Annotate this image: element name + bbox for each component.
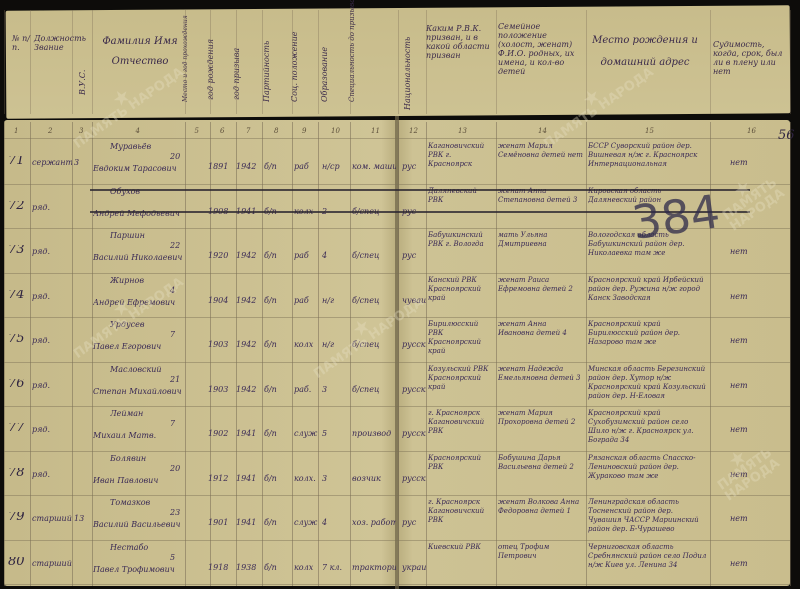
birth-year: 1903: [208, 340, 234, 350]
address: Рязанская область Спасско-Лениновский ра…: [588, 454, 708, 497]
code: 5: [170, 553, 184, 563]
nationality: русск: [402, 385, 426, 395]
draft-year: 1942: [236, 340, 262, 350]
rvk: г. Красноярск Кагановичский РВК: [428, 498, 494, 541]
draft-year: 1942: [236, 385, 262, 395]
given-name: Евдоким Тарасович: [93, 164, 185, 174]
column-number: 7: [246, 127, 250, 135]
conviction: нет: [730, 247, 770, 257]
grid-line: [4, 122, 5, 586]
rank: ряд.: [32, 247, 72, 257]
header-grid-line: [30, 10, 31, 114]
rank: ряд.: [32, 470, 72, 480]
draft-year: 1942: [236, 296, 262, 306]
nationality: рус: [402, 162, 426, 172]
party: б/п: [264, 162, 290, 172]
header-grid-line: [262, 10, 263, 114]
address: БССР Суворский район дер. Вишневая н/ж г…: [588, 142, 708, 185]
header-col-party: Партийность: [262, 22, 271, 102]
birth-year: 1891: [208, 162, 234, 172]
rvk: г. Красноярск Кагановичский РВК: [428, 409, 494, 452]
draft-year: 1941: [236, 429, 262, 439]
row-number: 79: [8, 512, 30, 522]
header-col-conviction: Судимость, когда, срок, был ли в плену и…: [713, 40, 785, 76]
row-number: 72: [8, 201, 30, 211]
nationality: русск: [402, 340, 426, 350]
rank: старший сержант: [32, 514, 72, 524]
column-number: 9: [302, 127, 306, 135]
conviction: нет: [730, 514, 770, 524]
rvk: Канский РВК Красноярский край: [428, 276, 494, 319]
given-name: Василий Николаевич: [93, 253, 185, 263]
social-status: служ: [294, 518, 318, 528]
header-grid-line: [92, 10, 93, 114]
address: Черниговская область Сребнянский район с…: [588, 543, 708, 586]
code: 20: [170, 464, 184, 474]
rank: ряд.: [32, 292, 72, 302]
draft-year: 1941: [236, 474, 262, 484]
family: женат Анна Ивановна детей 4: [498, 320, 584, 363]
page-number: 56: [778, 128, 795, 143]
grid-line: [426, 122, 427, 586]
nationality: русск: [402, 429, 426, 439]
birth-year: 1904: [208, 296, 234, 306]
education: 4: [322, 251, 348, 261]
birth-year: 1912: [208, 474, 234, 484]
vus: 3: [74, 158, 90, 168]
specialty: б/спец: [352, 385, 396, 395]
draft-year: 1942: [236, 251, 262, 261]
row-number: 75: [8, 334, 30, 344]
social-status: раб: [294, 296, 318, 306]
column-number: 5: [195, 127, 199, 135]
conviction: нет: [730, 559, 770, 569]
family: женат Мария Семёновна детей нет: [498, 142, 584, 185]
draft-year: 1938: [236, 563, 262, 573]
given-name: Павел Егорович: [93, 342, 185, 352]
header-grid-line: [292, 10, 293, 114]
strike-through-line: [90, 189, 750, 191]
party: б/п: [264, 474, 290, 484]
header-grid-line: [398, 10, 399, 114]
header-col-education: Образование: [320, 22, 329, 102]
grid-line: [72, 122, 73, 586]
party: б/п: [264, 296, 290, 306]
code: 20: [170, 152, 184, 162]
address: Красноярский край Сухобузимский район се…: [588, 409, 708, 452]
grid-line: [30, 122, 31, 586]
rvk: Красноярский РВК: [428, 454, 494, 497]
code: 7: [170, 419, 184, 429]
grid-line: [292, 122, 293, 586]
draft-year: 1942: [236, 162, 262, 172]
code: 22: [170, 241, 184, 251]
column-number: 10: [331, 127, 340, 135]
surname: Масловский: [110, 365, 184, 375]
nationality: украин: [402, 563, 426, 573]
nationality: рус: [402, 251, 426, 261]
grid-line: [92, 122, 93, 586]
row-number: 78: [8, 468, 30, 478]
family: женат Волкова Анна Федоровна детей 1: [498, 498, 584, 541]
address: Ленинградская область Тосненский район д…: [588, 498, 708, 541]
social-status: колх.: [294, 474, 318, 484]
draft-year: 1941: [236, 518, 262, 528]
social-status: раб.: [294, 385, 318, 395]
surname: Муравьёв: [110, 142, 184, 152]
rank: ряд.: [32, 425, 72, 435]
rank: ряд.: [32, 203, 72, 213]
education: н/ср: [322, 162, 348, 172]
party: б/п: [264, 518, 290, 528]
header-grid-line: [185, 10, 186, 114]
header-col-vus: В.У.С.: [78, 55, 87, 95]
conviction: нет: [730, 336, 770, 346]
column-number: 2: [48, 127, 52, 135]
column-number: 16: [747, 127, 756, 135]
birth-year: 1918: [208, 563, 234, 573]
specialty: б/спец: [352, 251, 396, 261]
header-col-nationality: Национальность: [403, 15, 412, 110]
education: н/г: [322, 296, 348, 306]
grid-line: [185, 122, 186, 586]
social-status: раб: [294, 162, 318, 172]
header-grid-line: [496, 10, 497, 114]
education: 7 кл.: [322, 563, 348, 573]
specialty: хоз. работн.: [352, 518, 396, 528]
header-grid-line: [790, 10, 791, 114]
surname: Паршин: [110, 231, 184, 241]
nationality: рус: [402, 518, 426, 528]
given-name: Степан Михайлович: [93, 387, 185, 397]
education: 3: [322, 385, 348, 395]
family: мать Ульяна Дмитриевна: [498, 231, 584, 274]
column-number: 4: [136, 127, 140, 135]
specialty: ком. машин: [352, 162, 396, 172]
header-col-family: Семейное положение (холост, женат) Ф.И.О…: [498, 22, 578, 76]
grid-line: [496, 122, 497, 586]
grid-line: [398, 122, 399, 586]
party: б/п: [264, 251, 290, 261]
column-number: 11: [371, 127, 380, 135]
family: женат Анна Степановна детей 3: [498, 187, 584, 230]
column-number: 8: [274, 127, 278, 135]
surname: Томазков: [110, 498, 184, 508]
specialty: производ: [352, 429, 396, 439]
header-grid-line: [236, 10, 237, 114]
row-number: 73: [8, 245, 30, 255]
education: 5: [322, 429, 348, 439]
rank: ряд.: [32, 381, 72, 391]
rvk: Даляневский РВК: [428, 187, 494, 230]
address: Минская область Березинский район дер. Х…: [588, 365, 708, 408]
family: женат Надежда Емельяновна детей 3: [498, 365, 584, 408]
birth-year: 1902: [208, 429, 234, 439]
code: 21: [170, 375, 184, 385]
social-status: колх: [294, 563, 318, 573]
grid-line: [4, 138, 790, 139]
row-number: 74: [8, 290, 30, 300]
family: Бобушина Дарья Васильевна детей 2: [498, 454, 584, 497]
surname: Лейман: [110, 409, 184, 419]
column-number: 6: [220, 127, 224, 135]
header-grid-line: [350, 10, 351, 114]
row-number: 77: [8, 423, 30, 433]
party: б/п: [264, 429, 290, 439]
family: женат Раиса Ефремовна детей 2: [498, 276, 584, 319]
birth-year: 1903: [208, 385, 234, 395]
education: 4: [322, 518, 348, 528]
social-status: служ: [294, 429, 318, 439]
party: б/п: [264, 340, 290, 350]
given-name: Иван Павлович: [93, 476, 185, 486]
header-grid-line: [426, 10, 427, 114]
given-name: Павел Трофимович: [93, 565, 185, 575]
nationality: русск: [402, 474, 426, 484]
rank: сержант: [32, 158, 72, 168]
given-name: Василий Васильевич: [93, 520, 185, 530]
rvk: Козульский РВК Красноярский край: [428, 365, 494, 408]
party: б/п: [264, 385, 290, 395]
rank: старший сержант: [32, 559, 72, 569]
birth-year: 1901: [208, 518, 234, 528]
rvk: Киевский РВК: [428, 543, 494, 586]
header-grid-line: [210, 10, 211, 114]
header-grid-line: [72, 10, 73, 114]
family: женат Мария Прохоровна детей 2: [498, 409, 584, 452]
column-number: 15: [645, 127, 654, 135]
conviction: нет: [730, 381, 770, 391]
header-grid-line: [710, 10, 711, 114]
grid-line: [586, 122, 587, 586]
grid-line: [262, 122, 263, 586]
rvk: Бирилюсский РВК Красноярский край: [428, 320, 494, 363]
specialty: возчик: [352, 474, 396, 484]
grid-line: [236, 122, 237, 586]
column-number: 12: [409, 127, 418, 135]
birth-year: 1920: [208, 251, 234, 261]
code: 7: [170, 330, 184, 340]
party: б/п: [264, 563, 290, 573]
row-number: 76: [8, 379, 30, 389]
surname: Болявин: [110, 454, 184, 464]
social-status: колх: [294, 340, 318, 350]
conviction: нет: [730, 292, 770, 302]
specialty: тракторист: [352, 563, 396, 573]
surname: Нестабо: [110, 543, 184, 553]
rvk: Кагановичский РВК г. Красноярск: [428, 142, 494, 185]
row-number: 71: [8, 156, 30, 166]
given-name: Михаил Матв.: [93, 431, 185, 441]
education: 3: [322, 474, 348, 484]
vus: 13: [74, 514, 90, 524]
code: 23: [170, 508, 184, 518]
header-col-rank: Должность Звание: [34, 34, 74, 52]
address: Красноярский край Ирбейский район дер. Р…: [588, 276, 708, 319]
family: отец Трофим Петрович: [498, 543, 584, 586]
social-status: раб: [294, 251, 318, 261]
header-grid-line: [318, 10, 319, 114]
rvk: Бабушкинский РВК г. Вологда: [428, 231, 494, 274]
row-number: 80: [8, 557, 30, 567]
header-grid-line: [4, 10, 5, 114]
column-number: 1: [14, 127, 18, 135]
address: Красноярский край Бирилюсский район дер.…: [588, 320, 708, 363]
column-number: 13: [458, 127, 467, 135]
header-col-rvk: Каким Р.В.К. призван, и в какой области …: [426, 24, 494, 60]
grid-line: [210, 122, 211, 586]
